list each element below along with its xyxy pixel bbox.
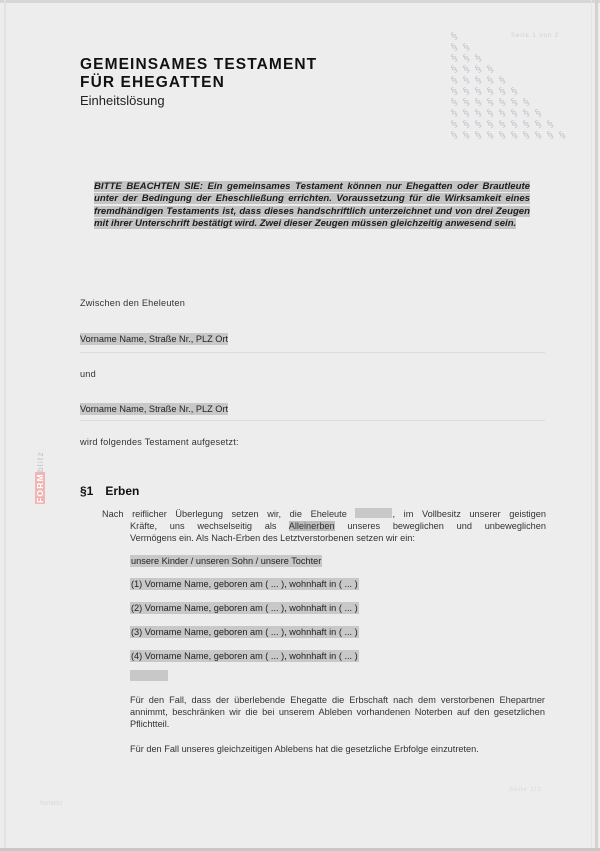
spouses-name-blank[interactable] <box>355 508 392 518</box>
svg-text:§: § <box>509 119 519 131</box>
empty-field[interactable] <box>130 670 168 681</box>
svg-text:§: § <box>485 108 495 120</box>
svg-text:§: § <box>509 108 519 120</box>
svg-text:§: § <box>473 53 483 65</box>
footer-page: Seite 1/2 <box>509 787 542 793</box>
footer-logo: formblitz <box>40 801 63 807</box>
svg-text:§: § <box>497 119 507 131</box>
and-label: und <box>80 369 96 379</box>
document-subtitle: Einheitslösung <box>80 93 165 108</box>
svg-text:§: § <box>485 119 495 131</box>
heir-field-3[interactable]: (3) Vorname Name, geboren am ( ... ), wo… <box>130 626 359 638</box>
para-text: Nach reiflicher Überlegung setzen wir, d… <box>102 509 347 519</box>
svg-text:§: § <box>533 108 543 120</box>
svg-text:§: § <box>497 75 507 87</box>
page-frame-right <box>595 0 598 851</box>
logo-brand-a: FORM <box>35 472 45 504</box>
svg-text:§: § <box>557 130 567 142</box>
svg-text:§: § <box>450 31 460 43</box>
svg-text:§: § <box>485 86 495 98</box>
svg-text:§: § <box>450 108 460 120</box>
svg-text:§: § <box>473 130 483 142</box>
svg-text:§: § <box>473 64 483 76</box>
para-text: , im Vollbesitz unserer geistigen <box>392 509 546 519</box>
intro-text: Zwischen den Eheleuten <box>80 298 185 308</box>
section-number: §1 <box>80 484 102 498</box>
paragraph-pattern-decoration: §§§§§§§§§§§§§§§§§§§§§§§§§§§§§§§§§§§§§§§§… <box>450 30 575 150</box>
divider <box>80 352 545 353</box>
svg-text:§: § <box>485 75 495 87</box>
svg-text:§: § <box>461 53 471 65</box>
svg-text:§: § <box>521 130 531 142</box>
svg-text:§: § <box>509 130 519 142</box>
svg-text:§: § <box>450 119 460 131</box>
heirs-group-field[interactable]: unsere Kinder / unseren Sohn / unsere To… <box>130 555 322 567</box>
svg-text:§: § <box>461 42 471 54</box>
notice-box: BITTE BEACHTEN SIE: Ein gemeinsames Test… <box>94 181 530 230</box>
svg-text:§: § <box>509 86 519 98</box>
formblitz-side-logo: FORMblitz <box>30 425 42 505</box>
logo-brand-b: blitz <box>35 451 45 472</box>
divider <box>80 420 545 421</box>
section1-paragraph: Nach reiflicher Überlegung setzen wir, d… <box>102 508 546 545</box>
svg-text:§: § <box>450 130 460 142</box>
para-text: unseres beweglichen und unbeweglichen <box>335 521 546 531</box>
svg-text:§: § <box>450 86 460 98</box>
svg-text:§: § <box>450 64 460 76</box>
svg-text:§: § <box>461 130 471 142</box>
svg-text:§: § <box>461 108 471 120</box>
heir-field-4[interactable]: (4) Vorname Name, geboren am ( ... ), wo… <box>130 650 359 662</box>
svg-text:§: § <box>545 130 555 142</box>
clause-survivor: Für den Fall, dass der überlebende Ehega… <box>130 694 545 731</box>
page-frame-top <box>0 0 600 3</box>
svg-text:§: § <box>497 108 507 120</box>
spouse1-field[interactable]: Vorname Name, Straße Nr., PLZ Ort <box>80 333 228 345</box>
svg-text:§: § <box>450 42 460 54</box>
svg-text:§: § <box>545 119 555 131</box>
svg-text:§: § <box>461 119 471 131</box>
page-frame-left <box>4 0 6 851</box>
svg-text:§: § <box>533 130 543 142</box>
svg-text:§: § <box>473 97 483 109</box>
highlighted-term: Alleinerben <box>289 521 335 531</box>
svg-text:§: § <box>461 64 471 76</box>
document-title: GEMEINSAMES TESTAMENT FÜR EHEGATTEN <box>80 56 317 92</box>
title-line-2: FÜR EHEGATTEN <box>80 74 317 92</box>
section-title: Erben <box>105 484 139 498</box>
svg-text:§: § <box>521 108 531 120</box>
title-line-1: GEMEINSAMES TESTAMENT <box>80 56 317 74</box>
svg-text:§: § <box>450 97 460 109</box>
svg-text:§: § <box>485 64 495 76</box>
testament-intro: wird folgendes Testament aufgesetzt: <box>80 437 239 447</box>
svg-text:§: § <box>461 86 471 98</box>
svg-text:§: § <box>497 130 507 142</box>
svg-text:§: § <box>521 97 531 109</box>
clause-simultaneous: Für den Fall unseres gleichzeitigen Able… <box>130 743 545 755</box>
section-heading: §1 Erben <box>80 484 139 498</box>
heir-field-2[interactable]: (2) Vorname Name, geboren am ( ... ), wo… <box>130 602 359 614</box>
page-frame-right-inner <box>591 0 592 851</box>
svg-text:§: § <box>461 97 471 109</box>
svg-text:§: § <box>450 53 460 65</box>
svg-text:§: § <box>473 75 483 87</box>
notice-text: BITTE BEACHTEN SIE: Ein gemeinsames Test… <box>94 181 530 229</box>
svg-text:§: § <box>509 97 519 109</box>
svg-text:§: § <box>473 119 483 131</box>
svg-text:§: § <box>473 108 483 120</box>
para-text: Vermögens ein. Als Nach-Erben des Letztv… <box>102 532 546 544</box>
svg-text:§: § <box>485 97 495 109</box>
svg-text:§: § <box>521 119 531 131</box>
svg-text:§: § <box>485 130 495 142</box>
svg-text:§: § <box>461 75 471 87</box>
svg-text:§: § <box>473 86 483 98</box>
svg-text:§: § <box>497 97 507 109</box>
heir-field-1[interactable]: (1) Vorname Name, geboren am ( ... ), wo… <box>130 578 359 590</box>
svg-text:§: § <box>450 75 460 87</box>
svg-text:§: § <box>533 119 543 131</box>
svg-text:§: § <box>497 86 507 98</box>
spouse2-field[interactable]: Vorname Name, Straße Nr., PLZ Ort <box>80 403 228 415</box>
para-text: Kräfte, uns wechselseitig als <box>130 521 289 531</box>
